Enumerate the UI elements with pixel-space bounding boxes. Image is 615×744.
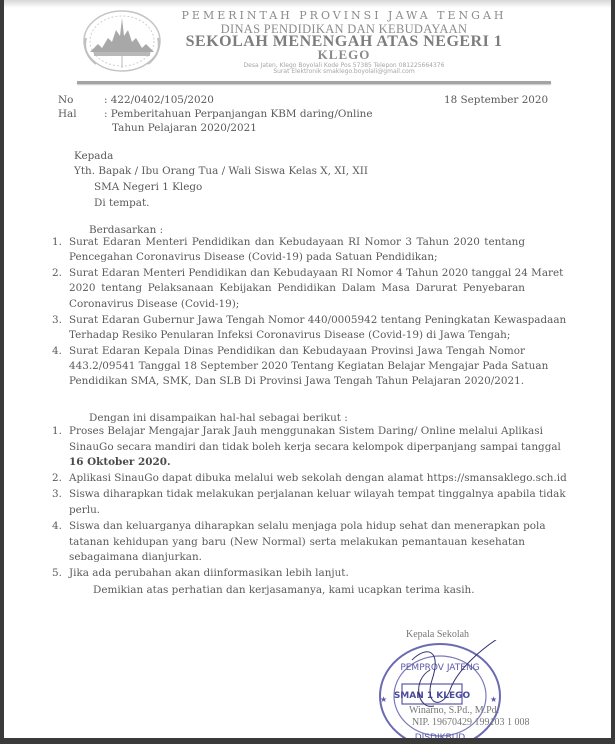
page-top-shadow [4,0,611,8]
list-item-text: perlu. [69,504,100,516]
letterhead-school-city: KLEGO [164,47,524,63]
svg-text:★: ★ [380,695,387,704]
list-item-text: Terhadap Resiko Penularan Infeksi Corona… [69,329,510,341]
letterhead-email: Surat Elektronik smaklego.boyolali@gmail… [164,68,524,75]
list-item-text: sebagaimana dianjurkan. [69,551,202,563]
points-intro: Dengan ini disampaikan hal-hal sebagai b… [89,412,348,424]
list-item-text: Jika ada perubahan akan diinformasikan l… [69,567,349,579]
list-item-text: Siswa dan keluarganya diharapkan selalu … [69,520,525,532]
list-item-text: 443.2/09541 Tanggal 18 September 2020 Te… [69,360,525,372]
list-item-number: 1. [52,425,62,437]
list-item-number: 2. [52,472,62,484]
jawa-tengah-emblem-icon [80,8,164,74]
closing-text: Demikian atas perhatian dan kerjasamanya… [93,584,475,596]
list-item-number: 4. [52,345,62,357]
list-item-text: Proses Belajar Mengajar Jarak Jauh mengg… [69,425,525,437]
signature-name: Winarno, S.Pd., M.Pd. [409,705,499,716]
list-item-text: Surat Edaran Menteri Pendidikan dan Kebu… [69,267,525,279]
letter-date: 18 September 2020 [444,94,548,106]
list-item-number: 3. [52,488,62,500]
letter-page: PEMERINTAH PROVINSI JAWA TENGAH DINAS PE… [4,0,611,738]
list-item-number: 1. [52,236,62,248]
list-item-number: 2. [52,267,62,279]
letterhead-divider [77,81,551,84]
letterhead-government: PEMERINTAH PROVINSI JAWA TENGAH [164,9,524,22]
list-item-text: Surat Edaran Menteri Pendidikan dan Kebu… [69,236,525,248]
list-item-text: Aplikasi SinauGo dapat dibuka melalui we… [69,472,567,484]
subject-label: Hal [58,108,77,120]
signature-title: Kepala Sekolah [406,629,469,640]
list-item-text: Pendidikan SMA, SMK, Dan SLB Di Provinsi… [69,375,524,387]
list-item-text: Surat Edaran Gubernur Jawa Tengah Nomor … [69,314,525,326]
list-item-text: SinauGo secara mandiri dan tidak boleh k… [69,441,525,453]
number-value: : 422/0402/105/2020 [104,94,214,106]
recipient-school: SMA Negeri 1 Klego [94,181,202,193]
list-item-text: Surat Edaran Kepala Dinas Pendidikan dan… [69,345,525,357]
subject-value: : Pemberitahuan Perpanjangan KBM daring/… [104,108,373,120]
basis-intro: Berdasarkan : [89,224,163,236]
list-item-number: 4. [52,520,62,532]
list-item-text: 2020 tentang Pelaksanaan Kebijakan Pendi… [69,282,525,294]
viewer-bottom-border [0,738,615,744]
list-item-text: Coronavirus Disease (Covid-19); [69,298,239,310]
list-item-number: 5. [52,567,62,579]
list-item-text: tatanan kehidupan yang baru (New Normal)… [69,536,525,548]
svg-text:PEMPROV JATENG: PEMPROV JATENG [400,663,479,673]
subject-value-line2: Tahun Pelajaran 2020/2021 [112,122,257,134]
signature-nip: NIP. 19670429 199103 1 008 [412,717,530,728]
list-item-text: Pencegahan Coronavirus Disease (Covid-19… [69,251,438,263]
extended-deadline: 16 Oktober 2020. [69,456,171,468]
recipient-kepada: Kepada [74,150,113,162]
list-item-number: 3. [52,314,62,326]
recipient-yth: Yth. Bapak / Ibu Orang Tua / Wali Siswa … [74,165,368,177]
list-item-text: Siswa diharapkan tidak melakukan perjala… [69,488,525,500]
svg-text:★: ★ [490,695,497,704]
recipient-place: Di tempat. [94,197,149,209]
number-label: No [58,94,73,106]
